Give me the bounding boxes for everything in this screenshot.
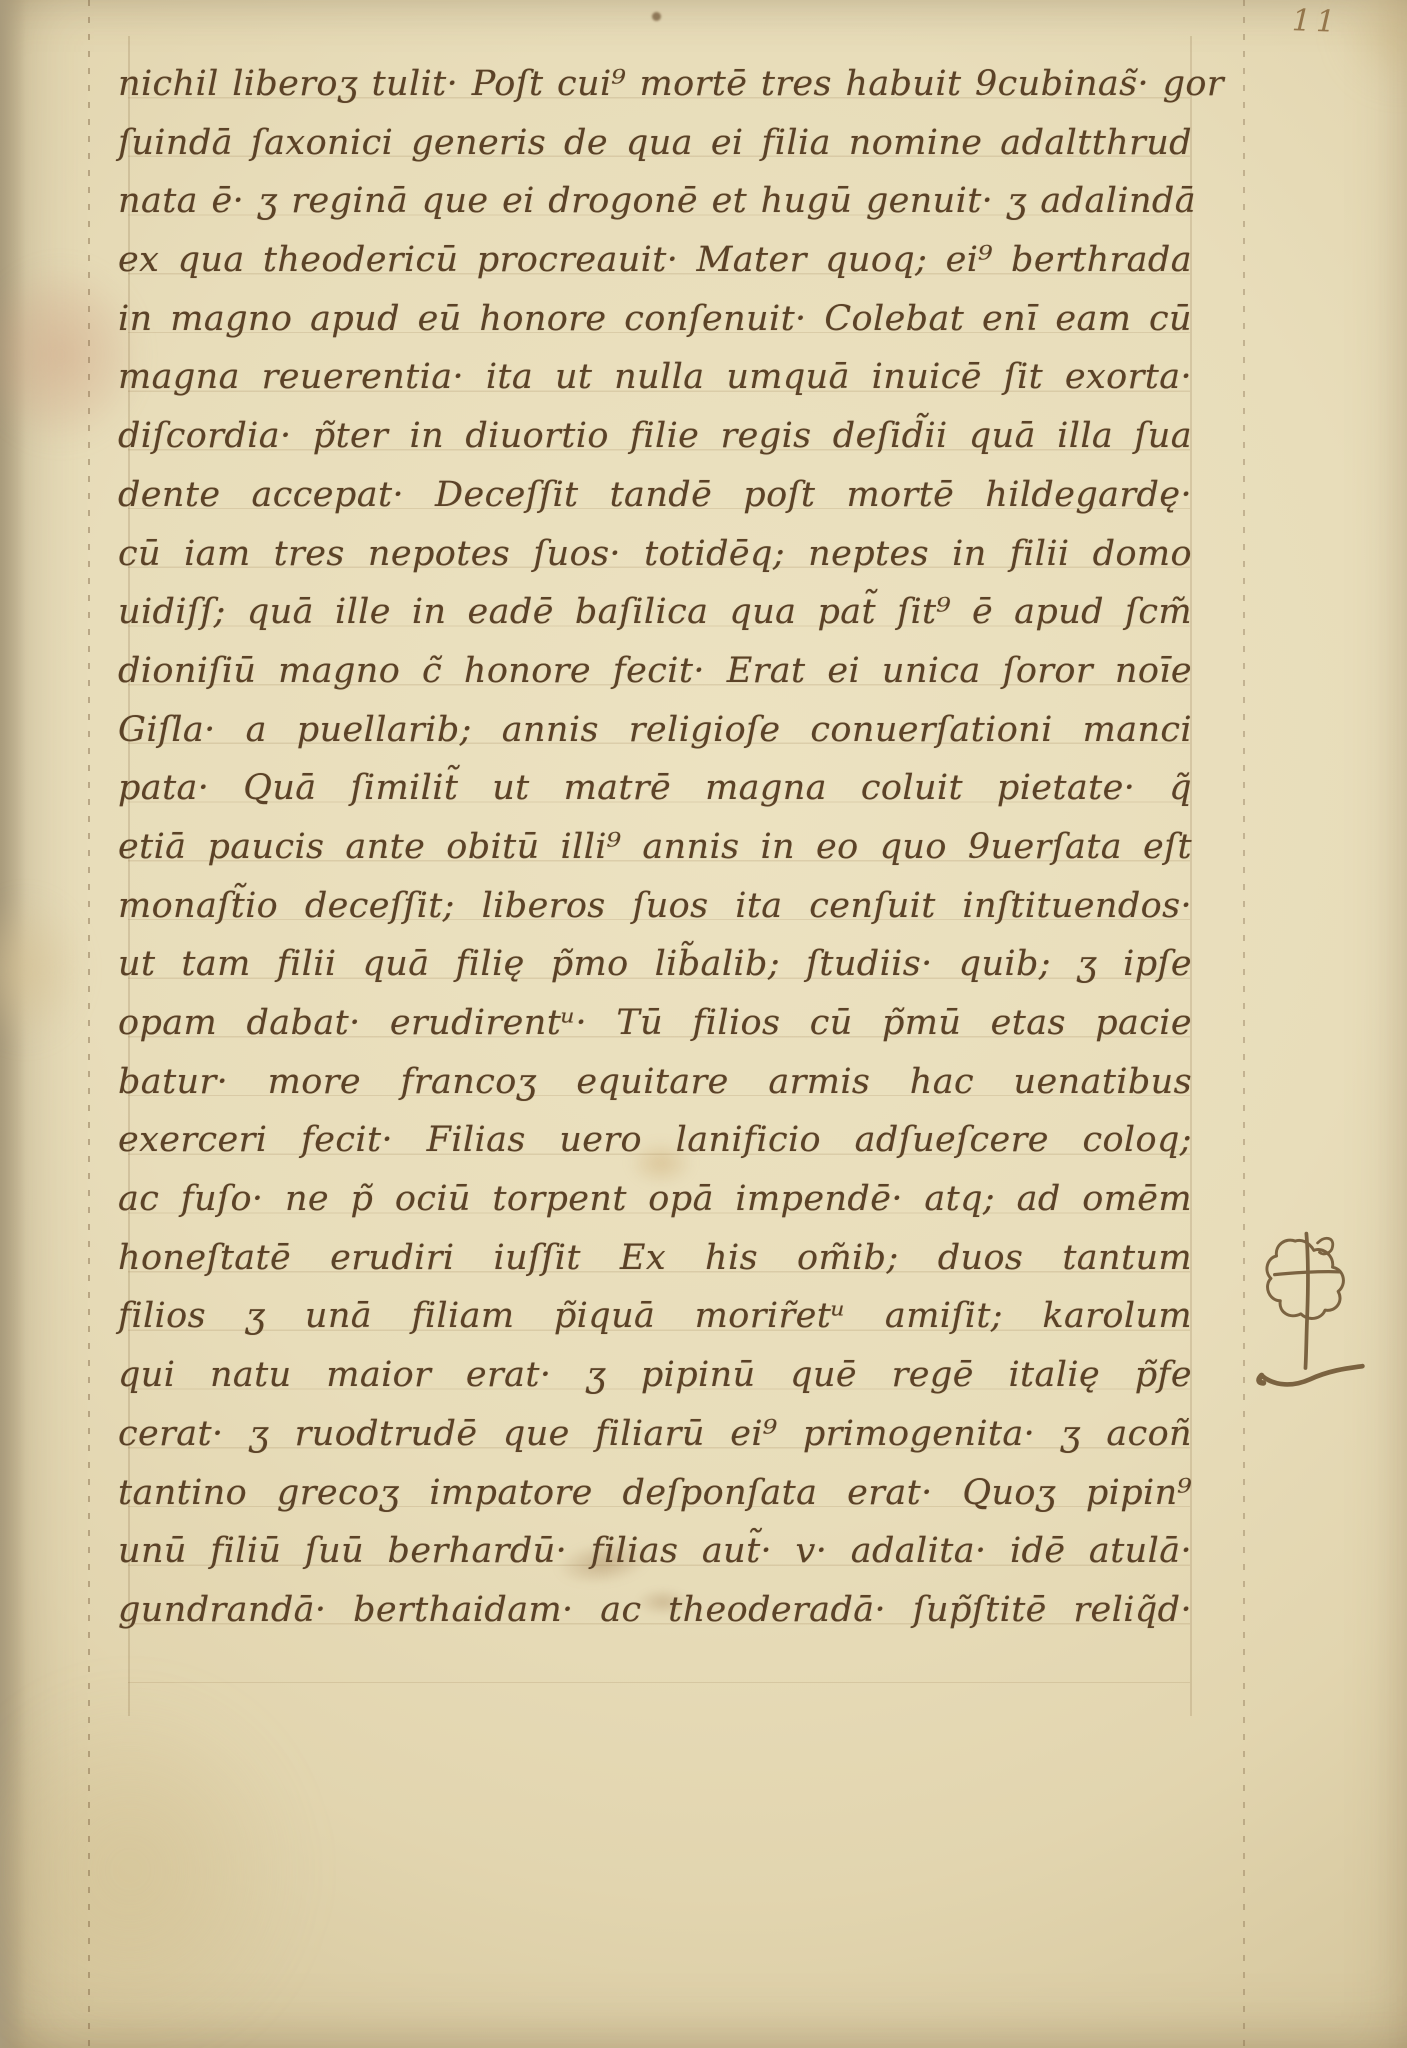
manuscript-line: monaſt̃io deceſſit; liberos ſuos ita cen…	[118, 877, 1192, 936]
manuscript-line: uidiſſ; quā ille in eadē baſilica qua pa…	[118, 583, 1192, 642]
nota-cross-icon	[1256, 1226, 1368, 1398]
ink-dot	[652, 12, 661, 21]
manuscript-line: magna reuerentia· ita ut nulla umquā inu…	[118, 348, 1192, 407]
folio-number: 11	[1291, 3, 1340, 40]
manuscript-line: ac fuſo· ne p̃ ociū torpent opā impendē·…	[118, 1170, 1192, 1229]
manuscript-line: nata ē· ʒ reginā que ei drogonē et hugū …	[118, 172, 1192, 231]
pricking-line-left	[88, 0, 90, 2048]
manuscript-line: Giſla· a puellarib; annis religioſe conu…	[118, 701, 1192, 760]
page-edge-shadow	[0, 0, 26, 2048]
manuscript-line: etiā paucis ante obitū illi⁹ annis in eo…	[118, 818, 1192, 877]
manuscript-line: cerat· ʒ ruodtrudē que filiarū ei⁹ primo…	[118, 1405, 1192, 1464]
manuscript-line: gundrandā· berthaidam· ac theoderadā· ſu…	[118, 1581, 1192, 1640]
manuscript-line: honeſtatē erudiri iuſſit Ex his om̃ib; d…	[118, 1229, 1192, 1288]
pricking-line-right	[1243, 0, 1245, 2048]
manuscript-line: dente accepat· Deceſſit tandē poſt mortē…	[118, 466, 1192, 525]
manuscript-line: in magno apud eū honore conſenuit· Coleb…	[118, 290, 1192, 349]
manuscript-line: batur· more francoʒ equitare armis hac u…	[118, 1053, 1192, 1112]
manuscript-line: diſcordia· p̃ter in diuortio filie regis…	[118, 407, 1192, 466]
manuscript-line: ex qua theodericū procreauit· Mater quoq…	[118, 231, 1192, 290]
manuscript-page: 11 nichil liberoʒ tulit· Poſt cui⁹ mortē…	[0, 0, 1407, 2048]
manuscript-line: ſuindā ſaxonici generis de qua ei filia …	[118, 114, 1192, 173]
manuscript-line: filios ʒ unā filiam p̃iquā morir̃etᵘ ami…	[118, 1287, 1192, 1346]
manuscript-line: pata· Quā ſimilit̃ ut matrē magna coluit…	[118, 759, 1192, 818]
manuscript-line: qui natu maior erat· ʒ pipinū quē regē i…	[118, 1346, 1192, 1405]
manuscript-text-block: nichil liberoʒ tulit· Poſt cui⁹ mortē tr…	[118, 55, 1192, 1640]
manuscript-line: tantino grecoʒ impatore deſponſata erat·…	[118, 1464, 1192, 1523]
parchment-stain	[0, 1690, 300, 2048]
manuscript-line: nichil liberoʒ tulit· Poſt cui⁹ mortē tr…	[118, 55, 1192, 114]
manuscript-line: dioniſiū magno c̃ honore fecit· Erat ei …	[118, 642, 1192, 701]
manuscript-line: ut tam filii quā filię p̃mo lib̃alib; ſt…	[118, 935, 1192, 994]
manuscript-line: exerceri fecit· Filias uero lanificio ad…	[118, 1111, 1192, 1170]
manuscript-line: unū filiū ſuū berhardū· filias aut̃· v· …	[118, 1522, 1192, 1581]
manuscript-line: opam dabat· erudirentᵘ· Tū filios cū p̃m…	[118, 994, 1192, 1053]
manuscript-line: cū iam tres nepotes ſuos· totidēq; nepte…	[118, 525, 1192, 584]
parchment-stain	[1340, 0, 1407, 90]
